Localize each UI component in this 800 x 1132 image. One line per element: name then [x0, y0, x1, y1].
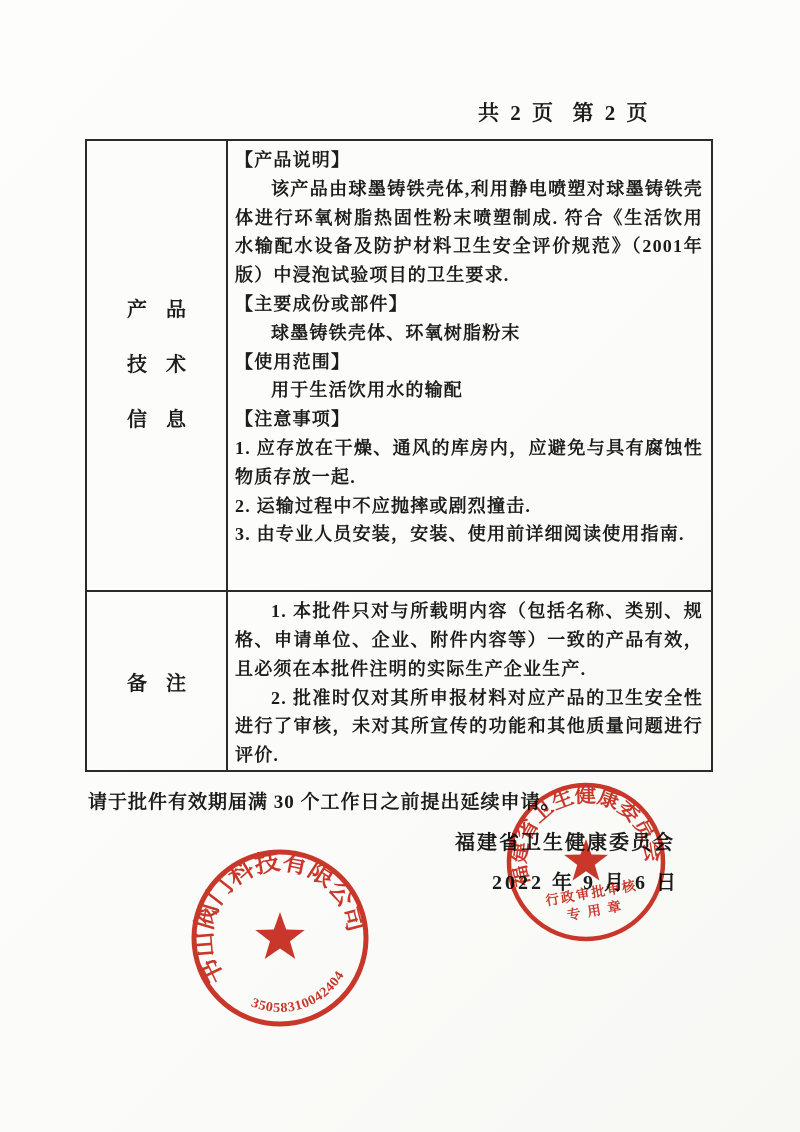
- section-heading: 【注意事项】: [235, 405, 703, 434]
- note-item: 3. 由专业人员安装，安装、使用前详细阅读使用指南.: [235, 520, 703, 549]
- page-number: 共 2 页 第 2 页: [478, 97, 651, 127]
- section-text: 球墨铸铁壳体、环氧树脂粉末: [235, 319, 703, 348]
- company-stamp: 书山阀门科技有限公司 35058310042404: [180, 838, 380, 1038]
- label-line: 技 术: [127, 338, 186, 393]
- section-heading: 【产品说明】: [235, 146, 703, 175]
- section-text: 用于生活饮用水的输配: [235, 376, 703, 405]
- star-icon: [564, 839, 608, 881]
- remarks-item: 1. 本批件只对与所载明内容（包括名称、类别、规格、申请单位、企业、附件内容等）…: [235, 597, 703, 683]
- note-item: 2. 运输过程中不应抛摔或剧烈撞击.: [235, 492, 703, 521]
- product-info-content: 【产品说明】 该产品由球墨铸铁壳体,利用静电喷塑对球墨铸铁壳体进行环氧树脂热固性…: [228, 141, 711, 590]
- remarks-content: 1. 本批件只对与所载明内容（包括名称、类别、规格、申请单位、企业、附件内容等）…: [228, 592, 711, 770]
- star-icon: [255, 912, 304, 959]
- approval-table: 产 品 技 术 信 息 【产品说明】 该产品由球墨铸铁壳体,利用静电喷塑对球墨铸…: [85, 139, 713, 772]
- section-text: 该产品由球墨铸铁壳体,利用静电喷塑对球墨铸铁壳体进行环氧树脂热固性粉末喷塑制成.…: [235, 175, 703, 290]
- remarks-item: 2. 批准时仅对其所申报材料对应产品的卫生安全性进行了审核，未对其所宣传的功能和…: [235, 684, 703, 770]
- remarks-row: 备 注 1. 本批件只对与所载明内容（包括名称、类别、规格、申请单位、企业、附件…: [87, 590, 711, 770]
- label-line: 信 息: [127, 393, 186, 448]
- company-ring-text: 书山阀门科技有限公司: [180, 838, 372, 989]
- remarks-label: 备 注: [87, 592, 228, 770]
- label-line: 产 品: [127, 283, 186, 338]
- company-stamp-code: 35058310042404: [245, 963, 353, 1029]
- product-info-label: 产 品 技 术 信 息: [87, 141, 228, 590]
- product-info-row: 产 品 技 术 信 息 【产品说明】 该产品由球墨铸铁壳体,利用静电喷塑对球墨铸…: [87, 141, 711, 590]
- note-item: 1. 应存放在干燥、通风的库房内，应避免与具有腐蚀性物质存放一起.: [235, 434, 703, 492]
- authority-stamp: 福建省卫生健康委员会 行政审批审核 专用章: [486, 762, 686, 962]
- section-heading: 【使用范围】: [235, 348, 703, 377]
- document-page: 共 2 页 第 2 页 产 品 技 术 信 息 【产品说明】 该产品由球墨铸铁壳…: [0, 0, 800, 1132]
- section-heading: 【主要成份或部件】: [235, 290, 703, 319]
